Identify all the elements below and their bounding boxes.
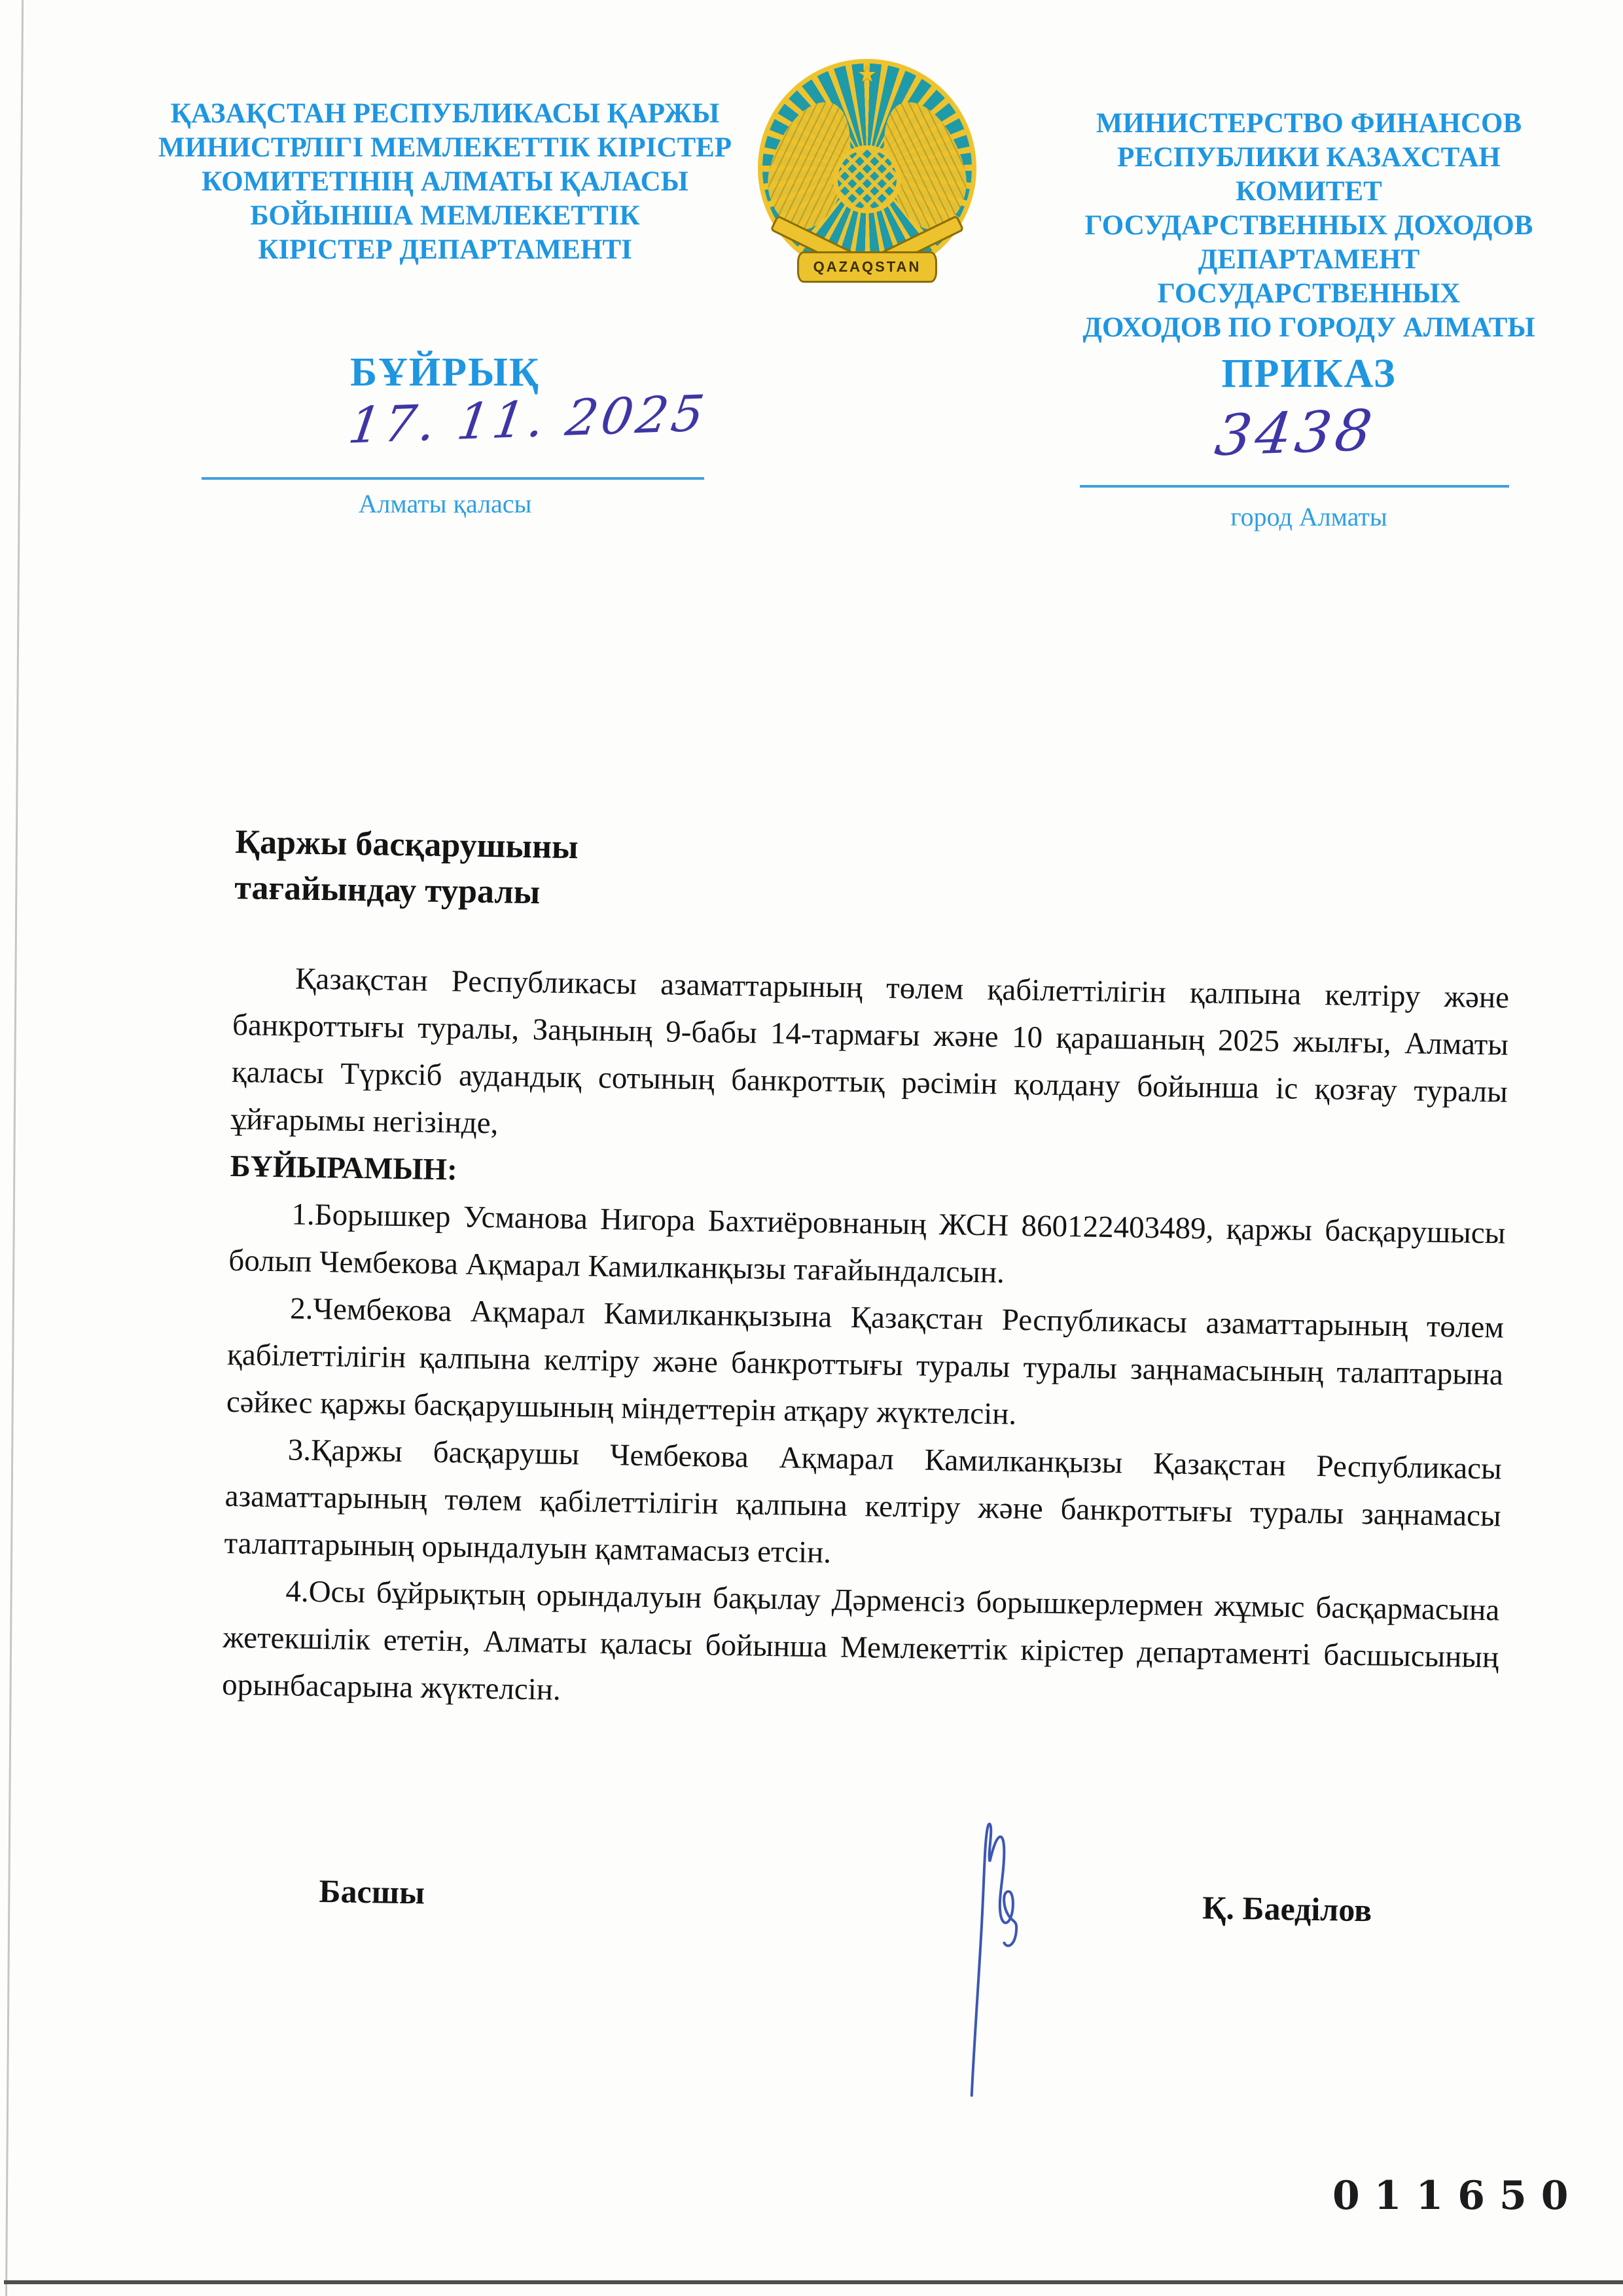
emblem-shanyrak-icon xyxy=(833,145,901,213)
org-name-russian-line: ДОХОДОВ ПО ГОРОДУ АЛМАТЫ xyxy=(1047,311,1571,345)
document-body: Қаржы басқарушыны тағайындау туралы Қаза… xyxy=(222,819,1512,1728)
org-name-kazakh-line: ҚАЗАҚСТАН РЕСПУБЛИКАСЫ ҚАРЖЫ xyxy=(154,97,736,131)
org-name-kazakh-line: МИНИСТРЛІГІ МЕМЛЕКЕТТІК КІРІСТЕР xyxy=(154,131,736,165)
place-label-kazakh: Алматы қаласы xyxy=(154,488,736,519)
order-item-4: 4.Осы бұйрықтың орындалуын бақылау Дәрме… xyxy=(222,1567,1500,1729)
org-name-russian: МИНИСТЕРСТВО ФИНАНСОВ РЕСПУБЛИКИ КАЗАХСТ… xyxy=(1047,107,1571,345)
emblem-star-icon: ★ xyxy=(857,64,877,86)
org-name-russian-line: РЕСПУБЛИКИ КАЗАХСТАН КОМИТЕТ xyxy=(1047,141,1571,209)
place-label-russian: город Алматы xyxy=(1047,501,1571,532)
kazakhstan-state-emblem: ★ QAZAQSTAN xyxy=(758,59,976,296)
handwritten-date: 17. 11. 2025 xyxy=(345,384,711,455)
org-name-russian-line: ГОСУДАРСТВЕННЫХ ДОХОДОВ xyxy=(1047,209,1571,243)
scan-edge-left xyxy=(5,0,24,2296)
org-name-russian-line: МИНИСТЕРСТВО ФИНАНСОВ xyxy=(1047,107,1571,141)
emblem-banner: QAZAQSTAN xyxy=(797,251,937,283)
signer-name: Қ. Баеділов xyxy=(1202,1888,1372,1929)
order-item-3: 3.Қаржы басқарушы Чембекова Ақмарал Ками… xyxy=(224,1426,1502,1587)
document-subject: Қаржы басқарушыны тағайындау туралы xyxy=(234,819,1512,931)
signature-row: Басшы Қ. Баеділов xyxy=(235,1871,1512,1930)
scanned-order-document: ҚАЗАҚСТАН РЕСПУБЛИКАСЫ ҚАРЖЫ МИНИСТРЛІГІ… xyxy=(0,0,1623,2296)
org-name-kazakh-line: БОЙЫНША МЕМЛЕКЕТТІК xyxy=(154,199,736,233)
date-underline xyxy=(202,477,704,480)
org-name-kazakh-line: КОМИТЕТІНІҢ АЛМАТЫ ҚАЛАСЫ xyxy=(154,165,736,199)
emblem-banner-label: QAZAQSTAN xyxy=(813,259,921,276)
scan-edge-bottom xyxy=(4,2280,1623,2284)
number-underline xyxy=(1080,485,1509,488)
org-name-kazakh: ҚАЗАҚСТАН РЕСПУБЛИКАСЫ ҚАРЖЫ МИНИСТРЛІГІ… xyxy=(154,97,736,267)
order-title-russian: ПРИКАЗ xyxy=(1047,351,1571,397)
order-item-2: 2.Чембекова Ақмарал Камилканқызына Қазақ… xyxy=(226,1284,1504,1446)
pen-signature xyxy=(938,1818,1073,2101)
org-name-kazakh-line: КІРІСТЕР ДЕПАРТАМЕНТІ xyxy=(154,233,736,267)
handwritten-order-number: 3438 xyxy=(1211,398,1379,469)
stamped-serial-number: 011650 xyxy=(1332,2173,1583,2219)
preamble-paragraph: Қазақстан Республикасы азаматтарының төл… xyxy=(230,954,1509,1163)
org-name-russian-line: ДЕПАРТАМЕНТ ГОСУДАРСТВЕННЫХ xyxy=(1047,243,1571,311)
signer-position: Басшы xyxy=(319,1872,425,1912)
